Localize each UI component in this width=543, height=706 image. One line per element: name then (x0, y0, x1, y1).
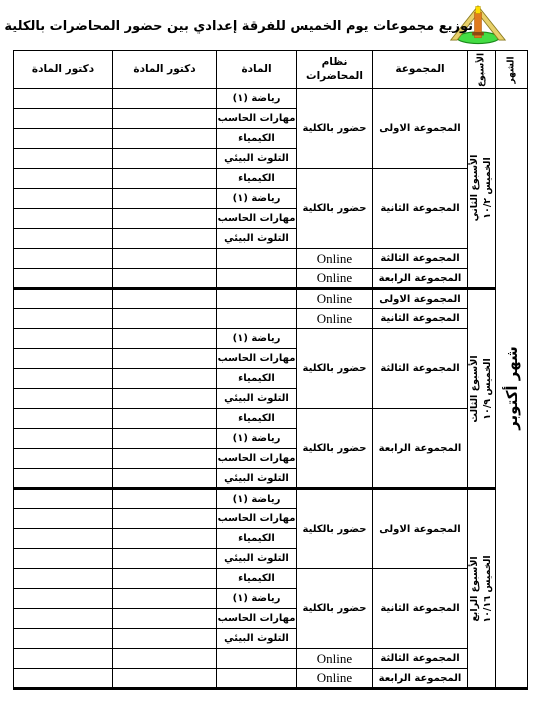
doctor-cell (14, 449, 113, 469)
doctor-cell (14, 109, 113, 129)
doctor-cell (113, 549, 217, 569)
doctor-cell (113, 309, 217, 329)
subject-cell: رياضة (١) (217, 589, 297, 609)
subject-cell: مهارات الحاسب (217, 609, 297, 629)
doctor-cell (113, 269, 217, 289)
doctor-cell (113, 489, 217, 509)
doctor-cell (113, 509, 217, 529)
system-cell: Online (297, 249, 373, 269)
header-system: نظام المحاضرات (297, 51, 373, 89)
subject-cell: مهارات الحاسب (217, 449, 297, 469)
schedule-page: توزيع مجموعات يوم الخميس للفرقة إعدادي ب… (0, 0, 543, 706)
doctor-cell (14, 609, 113, 629)
subject-cell: الكيمياء (217, 369, 297, 389)
doctor-cell (14, 309, 113, 329)
doctor-cell (14, 89, 113, 109)
doctor-cell (113, 289, 217, 309)
group-cell: المجموعة الثالثة (373, 329, 468, 409)
doctor-cell (14, 629, 113, 649)
subject-cell: الكيمياء (217, 409, 297, 429)
header-month-label: الشهر (506, 56, 517, 83)
subject-cell: التلوث البيئي (217, 549, 297, 569)
doctor-cell (113, 369, 217, 389)
week-label: الأسبوع الثاني الخميس ١٠/٢ (469, 155, 495, 222)
doctor-cell (14, 249, 113, 269)
system-cell: Online (297, 309, 373, 329)
doctor-cell (113, 569, 217, 589)
doctor-cell (113, 149, 217, 169)
doctor-cell (113, 249, 217, 269)
header-week-label: الأسبوع (476, 52, 487, 86)
doctor-cell (113, 349, 217, 369)
group-cell: المجموعة الثانية (373, 569, 468, 649)
doctor-cell (14, 369, 113, 389)
doctor-cell (14, 129, 113, 149)
header-subject: المادة (217, 51, 297, 89)
subject-cell: مهارات الحاسب (217, 509, 297, 529)
system-cell: حضور بالكلية (297, 169, 373, 249)
subject-cell: رياضة (١) (217, 89, 297, 109)
doctor-cell (113, 169, 217, 189)
doctor-cell (113, 109, 217, 129)
doctor-cell (14, 429, 113, 449)
header-doctor: دكتور المادة (14, 51, 113, 89)
system-cell: حضور بالكلية (297, 409, 373, 489)
doctor-cell (113, 409, 217, 429)
header-doctor: دكتور المادة (113, 51, 217, 89)
doctor-cell (14, 549, 113, 569)
subject-cell: الكيمياء (217, 129, 297, 149)
group-cell: المجموعة الاولى (373, 89, 468, 169)
header-group: المجموعة (373, 51, 468, 89)
doctor-cell (113, 609, 217, 629)
system-cell: Online (297, 289, 373, 309)
month-label: شهر أكتوبر (503, 346, 521, 430)
subject-cell (217, 249, 297, 269)
doctor-cell (113, 229, 217, 249)
group-cell: المجموعة الثانية (373, 169, 468, 249)
doctor-cell (14, 489, 113, 509)
system-cell: Online (297, 649, 373, 669)
subject-cell: رياضة (١) (217, 189, 297, 209)
subject-cell (217, 649, 297, 669)
subject-cell: الكيمياء (217, 529, 297, 549)
doctor-cell (14, 509, 113, 529)
doctor-cell (113, 469, 217, 489)
group-cell: المجموعة الرابعة (373, 669, 468, 689)
subject-cell: التلوث البيئي (217, 229, 297, 249)
subject-cell (217, 309, 297, 329)
doctor-cell (14, 189, 113, 209)
group-cell: المجموعة الاولى (373, 289, 468, 309)
schedule-table: الشهر الأسبوع المجموعة نظام المحاضرات ال… (13, 50, 528, 690)
header-week: الأسبوع (468, 51, 496, 89)
system-cell: Online (297, 269, 373, 289)
doctor-cell (113, 209, 217, 229)
subject-cell: مهارات الحاسب (217, 349, 297, 369)
system-cell: حضور بالكلية (297, 89, 373, 169)
subject-cell (217, 269, 297, 289)
subject-cell: مهارات الحاسب (217, 209, 297, 229)
doctor-cell (113, 589, 217, 609)
doctor-cell (14, 469, 113, 489)
subject-cell: التلوث البيئي (217, 469, 297, 489)
doctor-cell (14, 169, 113, 189)
doctor-cell (14, 209, 113, 229)
doctor-cell (14, 149, 113, 169)
subject-cell: الكيمياء (217, 169, 297, 189)
header-month: الشهر (496, 51, 528, 89)
subject-cell: التلوث البيئي (217, 629, 297, 649)
subject-cell: رياضة (١) (217, 489, 297, 509)
week-cell: الأسبوع الرابع الخميس ١٠/١٦ (468, 489, 496, 689)
doctor-cell (14, 349, 113, 369)
system-cell: Online (297, 669, 373, 689)
month-cell: شهر أكتوبر (496, 89, 528, 689)
subject-cell: التلوث البيئي (217, 149, 297, 169)
subject-cell (217, 289, 297, 309)
doctor-cell (113, 389, 217, 409)
subject-cell (217, 669, 297, 689)
week-cell: الأسبوع الثالث الخميس ١٠/٩ (468, 289, 496, 489)
doctor-cell (14, 669, 113, 689)
doctor-cell (113, 629, 217, 649)
group-cell: المجموعة الثانية (373, 309, 468, 329)
doctor-cell (113, 529, 217, 549)
doctor-cell (14, 529, 113, 549)
subject-cell: رياضة (١) (217, 429, 297, 449)
doctor-cell (14, 569, 113, 589)
doctor-cell (14, 289, 113, 309)
page-title: توزيع مجموعات يوم الخميس للفرقة إعدادي ب… (70, 19, 473, 34)
group-cell: المجموعة الثالثة (373, 649, 468, 669)
doctor-cell (14, 409, 113, 429)
doctor-cell (113, 129, 217, 149)
doctor-cell (14, 649, 113, 669)
doctor-cell (113, 329, 217, 349)
doctor-cell (113, 649, 217, 669)
doctor-cell (14, 229, 113, 249)
group-cell: المجموعة الرابعة (373, 409, 468, 489)
subject-cell: رياضة (١) (217, 329, 297, 349)
subject-cell: مهارات الحاسب (217, 109, 297, 129)
subject-cell: التلوث البيئي (217, 389, 297, 409)
doctor-cell (113, 189, 217, 209)
week-cell: الأسبوع الثاني الخميس ١٠/٢ (468, 89, 496, 289)
doctor-cell (113, 449, 217, 469)
doctor-cell (14, 389, 113, 409)
group-cell: المجموعة الثالثة (373, 249, 468, 269)
week-label: الأسبوع الثالث الخميس ١٠/٩ (469, 355, 495, 422)
group-cell: المجموعة الرابعة (373, 269, 468, 289)
doctor-cell (14, 329, 113, 349)
group-cell: المجموعة الاولى (373, 489, 468, 569)
week-label: الأسبوع الرابع الخميس ١٠/١٦ (469, 555, 495, 622)
system-cell: حضور بالكلية (297, 329, 373, 409)
system-cell: حضور بالكلية (297, 569, 373, 649)
doctor-cell (14, 589, 113, 609)
header-row: الشهر الأسبوع المجموعة نظام المحاضرات ال… (14, 51, 528, 89)
system-cell: حضور بالكلية (297, 489, 373, 569)
doctor-cell (113, 429, 217, 449)
doctor-cell (113, 669, 217, 689)
doctor-cell (14, 269, 113, 289)
subject-cell: الكيمياء (217, 569, 297, 589)
doctor-cell (113, 89, 217, 109)
